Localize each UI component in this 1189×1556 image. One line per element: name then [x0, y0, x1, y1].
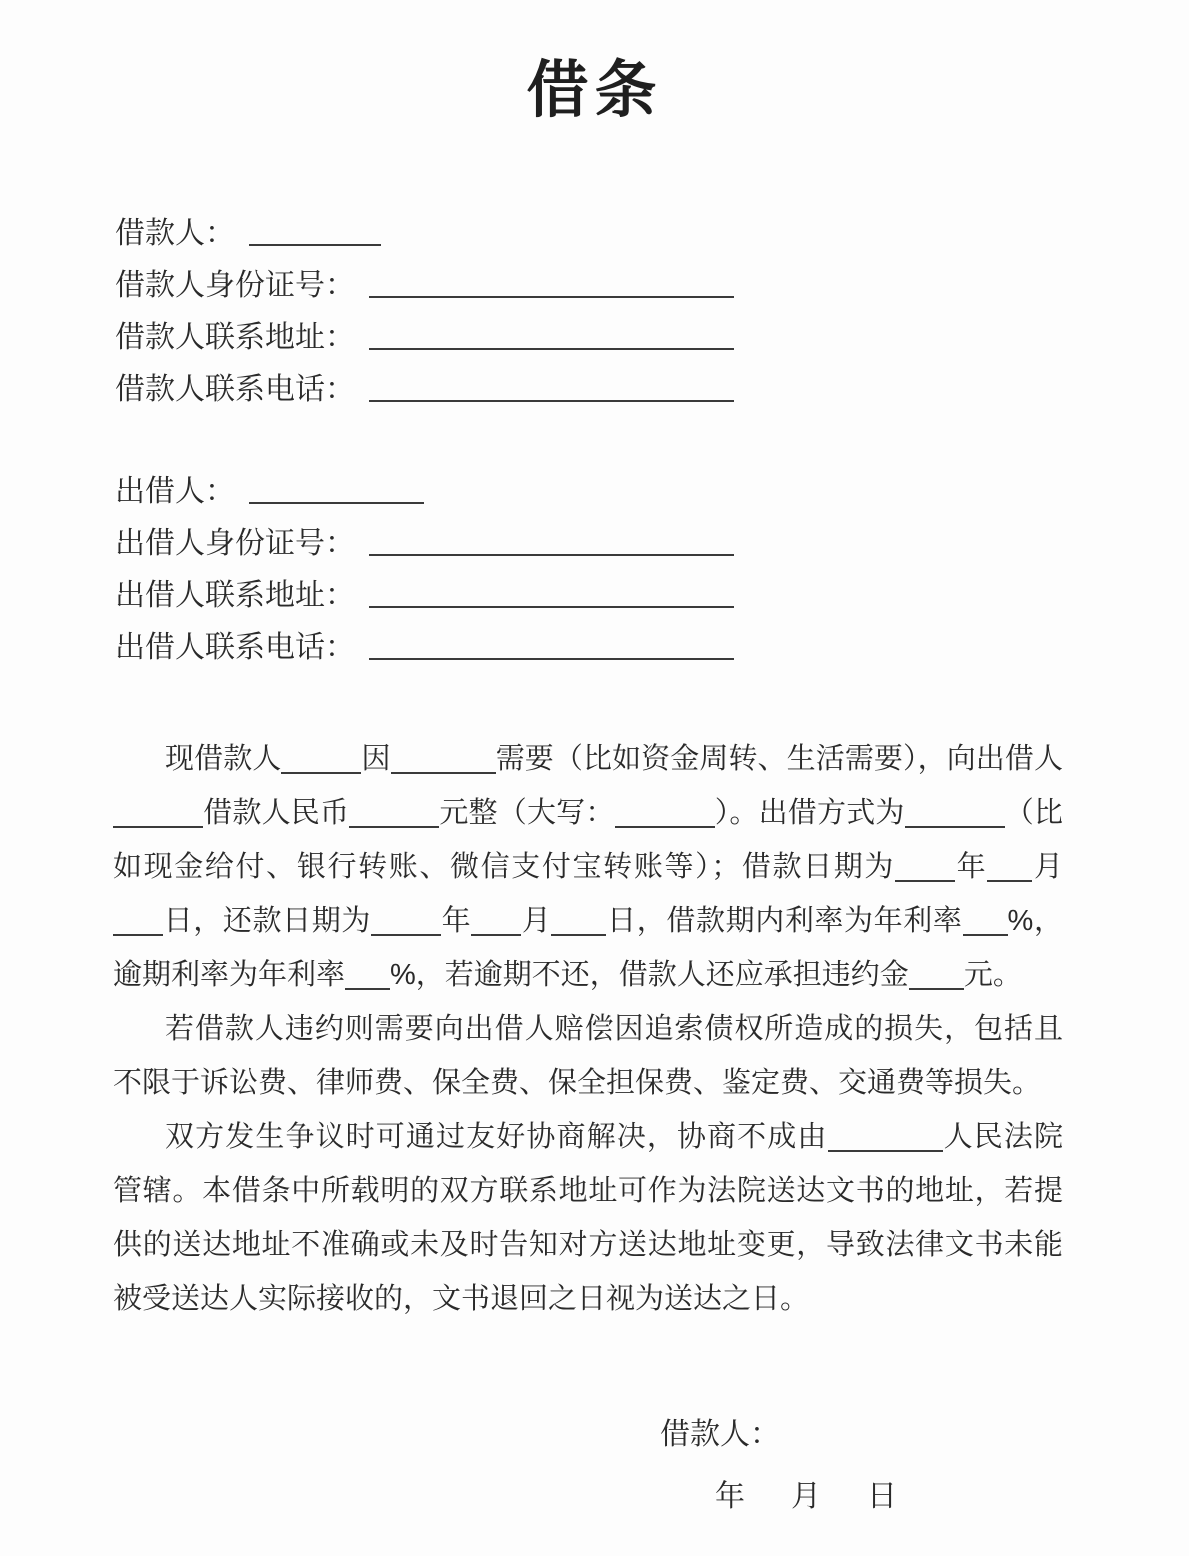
- blank-line: [471, 905, 521, 936]
- blank-line: [895, 851, 955, 882]
- dispute-jurisdiction-paragraph: 双方发生争议时可通过友好协商解决，协商不成由人民法院管辖。本借条中所载明的双方联…: [113, 1110, 1063, 1326]
- field-row: 出借人身份证号：: [115, 514, 1189, 566]
- blank-line: [551, 905, 606, 936]
- field-label: 出借人联系地址：: [115, 570, 355, 614]
- date-day-label: 日: [867, 1478, 897, 1516]
- field-label: 借款人联系地址：: [115, 312, 355, 356]
- blank-line: [371, 905, 441, 936]
- blank-line: [369, 576, 734, 608]
- blank-line: [281, 743, 361, 774]
- blank-line: [963, 905, 1008, 936]
- field-row: 借款人：: [115, 204, 1189, 256]
- blank-line: [369, 628, 734, 660]
- blank-line: [369, 266, 734, 298]
- signature-signer-label: 借款人：: [660, 1416, 1189, 1454]
- blank-line: [345, 959, 390, 990]
- blank-line: [349, 797, 439, 828]
- lender-fields-section: 出借人：出借人身份证号：出借人联系地址：出借人联系电话：: [115, 462, 1189, 670]
- field-label: 出借人：: [115, 466, 235, 510]
- field-label: 借款人联系电话：: [115, 364, 355, 408]
- blank-line: [369, 370, 734, 402]
- document-body: 现借款人因需要（比如资金周转、生活需要），向出借人借款人民币元整（大写：）。出借…: [113, 732, 1063, 1326]
- field-row: 出借人联系电话：: [115, 618, 1189, 670]
- loan-terms-paragraph: 现借款人因需要（比如资金周转、生活需要），向出借人借款人民币元整（大写：）。出借…: [113, 732, 1063, 1002]
- borrower-fields-section: 借款人：借款人身份证号：借款人联系地址：借款人联系电话：: [115, 204, 1189, 412]
- blank-line: [615, 797, 715, 828]
- blank-line: [113, 797, 203, 828]
- field-label: 借款人：: [115, 208, 235, 252]
- field-row: 出借人：: [115, 462, 1189, 514]
- blank-line: [369, 524, 734, 556]
- field-row: 借款人联系地址：: [115, 308, 1189, 360]
- blank-line: [391, 743, 496, 774]
- blank-line: [249, 472, 424, 504]
- field-row: 出借人联系地址：: [115, 566, 1189, 618]
- field-label: 出借人身份证号：: [115, 518, 355, 562]
- field-label: 出借人联系电话：: [115, 622, 355, 666]
- blank-line: [987, 851, 1032, 882]
- field-label: 借款人身份证号：: [115, 260, 355, 304]
- blank-line: [905, 797, 1005, 828]
- signature-date-line: 年月日: [715, 1478, 1189, 1516]
- blank-line: [369, 318, 734, 350]
- document-title: 借条: [0, 0, 1189, 128]
- blank-line: [828, 1121, 943, 1152]
- iou-document-page: 借条 借款人：借款人身份证号：借款人联系地址：借款人联系电话： 出借人：出借人身…: [0, 0, 1189, 1556]
- field-row: 借款人联系电话：: [115, 360, 1189, 412]
- signature-block: 借款人： 年月日: [660, 1416, 1189, 1516]
- blank-line: [249, 214, 381, 246]
- breach-liability-paragraph: 若借款人违约则需要向出借人赔偿因追索债权所造成的损失，包括且不限于诉讼费、律师费…: [113, 1002, 1063, 1110]
- date-year-label: 年: [715, 1478, 745, 1516]
- date-month-label: 月: [791, 1478, 821, 1516]
- field-row: 借款人身份证号：: [115, 256, 1189, 308]
- blank-line: [113, 905, 163, 936]
- blank-line: [909, 959, 964, 990]
